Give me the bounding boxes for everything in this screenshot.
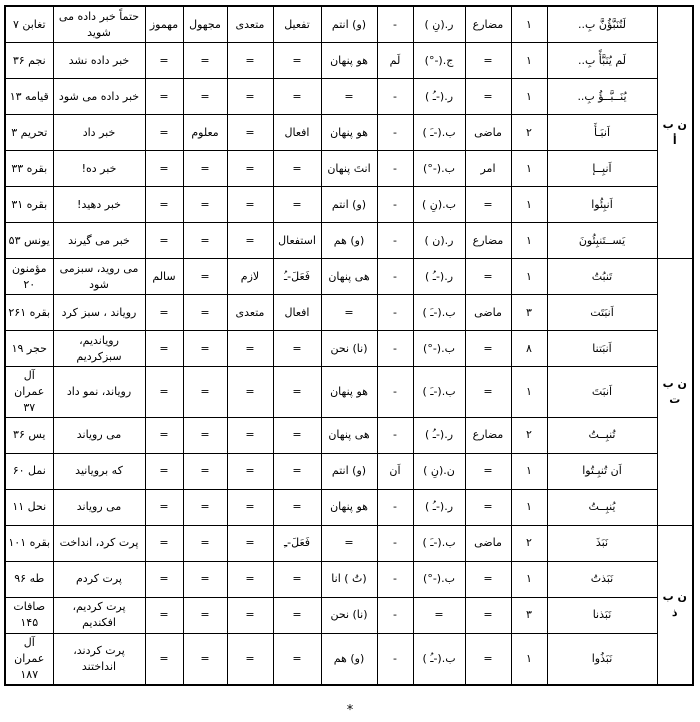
voice-cell: = <box>183 223 227 259</box>
count-cell: ۳ <box>511 295 547 331</box>
particle-cell: - <box>377 633 413 684</box>
count-cell: ۱ <box>511 79 547 115</box>
voice-cell: = <box>183 43 227 79</box>
voice-cell: = <box>183 489 227 525</box>
meaning-cell: پرت کردم <box>53 561 145 597</box>
root-cell: ر.(-ـُ ) <box>413 259 465 295</box>
particle-cell: - <box>377 331 413 367</box>
particle-cell: - <box>377 561 413 597</box>
meaning-cell: می روید، سبزمی شود <box>53 259 145 295</box>
meaning-cell: که برویانید <box>53 453 145 489</box>
meaning-cell: رویاندیم، سبزکردیم <box>53 331 145 367</box>
verb-cell: اَنبَتَت <box>547 295 657 331</box>
phonetic-cell: = <box>145 295 183 331</box>
count-cell: ۱ <box>511 151 547 187</box>
voice-cell: = <box>183 633 227 684</box>
voice-cell: = <box>183 561 227 597</box>
verb-cell: نَبَذتُ <box>547 561 657 597</box>
meaning-cell: پرت کردند، انداختند <box>53 633 145 684</box>
voice-cell: = <box>183 453 227 489</box>
phonetic-cell: = <box>145 453 183 489</box>
phonetic-cell: سالم <box>145 259 183 295</box>
count-cell: ۱ <box>511 6 547 43</box>
meaning-cell: پرت کرد، انداخت <box>53 525 145 561</box>
root-cell: ب.(-ـَ ) <box>413 525 465 561</box>
reference-cell: نمل ۶۰ <box>5 453 53 489</box>
particle-cell: - <box>377 259 413 295</box>
transitivity-cell: = <box>227 561 273 597</box>
table-row: ن ب ذنَبَذَ۲ماضیب.(-ـَ )-=فَعَلَ-ـِ===پر… <box>5 525 693 561</box>
bab-cell: = <box>273 151 321 187</box>
reference-cell: قیامه ۱۳ <box>5 79 53 115</box>
reference-cell: نجم ۳۶ <box>5 43 53 79</box>
tense-cell: = <box>465 187 511 223</box>
voice-cell: = <box>183 597 227 633</box>
tense-cell: = <box>465 79 511 115</box>
particle-cell: - <box>377 417 413 453</box>
transitivity-cell: = <box>227 331 273 367</box>
particle-cell: - <box>377 489 413 525</box>
phonetic-cell: = <box>145 223 183 259</box>
pronoun-cell: (تُ ) انا <box>321 561 377 597</box>
footnote-marker: * <box>0 703 700 718</box>
bab-cell: = <box>273 187 321 223</box>
page: ن ب ألَتُنَبَّؤُنَّ بِ..۱مضارعر.(نِ )-(و… <box>0 0 700 722</box>
count-cell: ۱ <box>511 489 547 525</box>
pronoun-cell: (نا) نحن <box>321 597 377 633</box>
root-cell: ر.(نِ ) <box>413 6 465 43</box>
count-cell: ۱ <box>511 633 547 684</box>
pronoun-cell: (و) هم <box>321 633 377 684</box>
reference-cell: نحل ۱۱ <box>5 489 53 525</box>
meaning-cell: خبر ده! <box>53 151 145 187</box>
meaning-cell: رویاند، نمو داد <box>53 367 145 418</box>
table-row: لَم یُنَبَّأً بِ..۱=ج.(-°)لَمهو پنهان===… <box>5 43 693 79</box>
pronoun-cell: (و) انتم <box>321 453 377 489</box>
pronoun-cell: (نا) نحن <box>321 331 377 367</box>
count-cell: ۱ <box>511 561 547 597</box>
tense-cell: ماضی <box>465 525 511 561</box>
particle-cell: - <box>377 115 413 151</box>
bab-cell: = <box>273 79 321 115</box>
count-cell: ۱ <box>511 453 547 489</box>
phonetic-cell: = <box>145 597 183 633</box>
transitivity-cell: = <box>227 597 273 633</box>
phonetic-cell: = <box>145 79 183 115</box>
meaning-cell: حتماً خبر داده می شوید <box>53 6 145 43</box>
tense-cell: = <box>465 367 511 418</box>
verb-cell: اَن تُنبِـتُوا <box>547 453 657 489</box>
particle-cell: - <box>377 151 413 187</box>
pronoun-cell: هی پنهان <box>321 259 377 295</box>
meaning-cell: می رویاند <box>53 417 145 453</box>
root-cell: ن.(نِ ) <box>413 453 465 489</box>
verb-cell: اَنبَـأَ <box>547 115 657 151</box>
verb-cell: لَم یُنَبَّأً بِ.. <box>547 43 657 79</box>
reference-cell: یونس ۵۳ <box>5 223 53 259</box>
voice-cell: = <box>183 259 227 295</box>
bab-cell: تفعيل <box>273 6 321 43</box>
phonetic-cell: = <box>145 525 183 561</box>
bab-cell: افعال <box>273 295 321 331</box>
root-cell: ر.(-ـُ ) <box>413 417 465 453</box>
verb-cell: لَتُنَبَّؤُنَّ بِ.. <box>547 6 657 43</box>
pronoun-cell: (و) انتم <box>321 187 377 223</box>
pronoun-cell: = <box>321 525 377 561</box>
transitivity-cell: متعدی <box>227 6 273 43</box>
verb-cell: اَنبَتنا <box>547 331 657 367</box>
tense-cell: مضارع <box>465 417 511 453</box>
voice-cell: = <box>183 79 227 115</box>
tense-cell: = <box>465 331 511 367</box>
root-cell: ب.(-ـُ ) <box>413 633 465 684</box>
bab-cell: فَعَلَ-ـِ <box>273 525 321 561</box>
table-row: یُنَــبَّــؤُ بِ..۱=ر.(-ـُ )-=====خبر دا… <box>5 79 693 115</box>
voice-cell: = <box>183 151 227 187</box>
count-cell: ۱ <box>511 259 547 295</box>
count-cell: ۱ <box>511 367 547 418</box>
count-cell: ۲ <box>511 417 547 453</box>
verb-cell: نَبَذنا <box>547 597 657 633</box>
transitivity-cell: = <box>227 115 273 151</box>
pronoun-cell: = <box>321 295 377 331</box>
count-cell: ۱ <box>511 43 547 79</box>
voice-cell: مجهول <box>183 6 227 43</box>
pronoun-cell: (و) هم <box>321 223 377 259</box>
pronoun-cell: هو پنهان <box>321 489 377 525</box>
table-row: اَن تُنبِـتُوا۱=ن.(نِ )اَن(و) انتم====که… <box>5 453 693 489</box>
count-cell: ۱ <box>511 223 547 259</box>
reference-cell: بقره ۲۶۱ <box>5 295 53 331</box>
root-group-label: ن ب ذ <box>657 525 693 684</box>
count-cell: ۱ <box>511 187 547 223</box>
tense-cell: = <box>465 489 511 525</box>
phonetic-cell: = <box>145 187 183 223</box>
reference-cell: حجر ۱۹ <box>5 331 53 367</box>
count-cell: ۸ <box>511 331 547 367</box>
bab-cell: = <box>273 633 321 684</box>
pronoun-cell: هو پنهان <box>321 43 377 79</box>
meaning-cell: پرت کردیم، افکندیم <box>53 597 145 633</box>
verb-cell: نَبَذَ <box>547 525 657 561</box>
reference-cell: طه ۹۶ <box>5 561 53 597</box>
tense-cell: = <box>465 259 511 295</box>
phonetic-cell: = <box>145 115 183 151</box>
phonetic-cell: = <box>145 633 183 684</box>
verb-cell: تَنبُتُ <box>547 259 657 295</box>
voice-cell: = <box>183 525 227 561</box>
root-cell: ر.(ن ) <box>413 223 465 259</box>
root-cell: ب.(-ـَ ) <box>413 295 465 331</box>
reference-cell: مؤمنون ۲۰ <box>5 259 53 295</box>
reference-cell: آل عمران ۱۸۷ <box>5 633 53 684</box>
count-cell: ۲ <box>511 115 547 151</box>
verb-cell: اَنبِــإ <box>547 151 657 187</box>
meaning-cell: می رویاند <box>53 489 145 525</box>
transitivity-cell: متعدی <box>227 295 273 331</box>
voice-cell: = <box>183 367 227 418</box>
transitivity-cell: = <box>227 417 273 453</box>
particle-cell: - <box>377 79 413 115</box>
transitivity-cell: = <box>227 453 273 489</box>
meaning-cell: خبر داد <box>53 115 145 151</box>
tense-cell: ماضی <box>465 295 511 331</box>
particle-cell: - <box>377 187 413 223</box>
reference-cell: آل عمران ۳۷ <box>5 367 53 418</box>
table-row: اَنبَـأَ۲ماضیب.(-ـَ )-هو پنهانافعال=معلو… <box>5 115 693 151</box>
table-row: اَنبَتَت۳ماضیب.(-ـَ )-=افعالمتعدی==رویان… <box>5 295 693 331</box>
root-cell: ب.(-ـَ ) <box>413 115 465 151</box>
table-row: ن ب تتَنبُتُ۱=ر.(-ـُ )-هی پنهانفَعَلَ-ـُ… <box>5 259 693 295</box>
transitivity-cell: = <box>227 79 273 115</box>
bab-cell: = <box>273 43 321 79</box>
root-cell: = <box>413 597 465 633</box>
table-row: ن ب ألَتُنَبَّؤُنَّ بِ..۱مضارعر.(نِ )-(و… <box>5 6 693 43</box>
verb-cell: اَنبَتَ <box>547 367 657 418</box>
bab-cell: = <box>273 331 321 367</box>
transitivity-cell: = <box>227 187 273 223</box>
root-cell: ب.(-°) <box>413 561 465 597</box>
voice-cell: = <box>183 295 227 331</box>
voice-cell: معلوم <box>183 115 227 151</box>
pronoun-cell: هو پنهان <box>321 367 377 418</box>
reference-cell: صافات ۱۴۵ <box>5 597 53 633</box>
phonetic-cell: = <box>145 489 183 525</box>
phonetic-cell: = <box>145 561 183 597</box>
transitivity-cell: = <box>227 525 273 561</box>
bab-cell: استفعال <box>273 223 321 259</box>
phonetic-cell: = <box>145 43 183 79</box>
phonetic-cell: = <box>145 151 183 187</box>
particle-cell: اَن <box>377 453 413 489</box>
table-row: تُنبِــتُ۲مضارعر.(-ـُ )-هی پنهان====می ر… <box>5 417 693 453</box>
reference-cell: یس ۳۶ <box>5 417 53 453</box>
root-cell: ر.(-ـُ ) <box>413 489 465 525</box>
tense-cell: = <box>465 597 511 633</box>
verb-cell: تُنبِــتُ <box>547 417 657 453</box>
reference-cell: تحریم ۳ <box>5 115 53 151</box>
pronoun-cell: هی پنهان <box>321 417 377 453</box>
particle-cell: - <box>377 525 413 561</box>
transitivity-cell: لازم <box>227 259 273 295</box>
particle-cell: - <box>377 295 413 331</box>
bab-cell: فَعَلَ-ـُ <box>273 259 321 295</box>
reference-cell: بقره ۱۰۱ <box>5 525 53 561</box>
particle-cell: - <box>377 597 413 633</box>
transitivity-cell: = <box>227 367 273 418</box>
root-cell: ج.(-°) <box>413 43 465 79</box>
transitivity-cell: = <box>227 489 273 525</box>
verb-cell: اَنبِئُوا <box>547 187 657 223</box>
verb-table-body: ن ب ألَتُنَبَّؤُنَّ بِ..۱مضارعر.(نِ )-(و… <box>5 6 693 685</box>
root-cell: ر.(-ـُ ) <box>413 79 465 115</box>
bab-cell: = <box>273 561 321 597</box>
pronoun-cell: هو پنهان <box>321 115 377 151</box>
tense-cell: = <box>465 633 511 684</box>
table-row: نَبَذُوا۱=ب.(-ـُ )-(و) هم====پرت کردند، … <box>5 633 693 684</box>
table-row: نَبَذنا۳==-(نا) نحن====پرت کردیم، افکندی… <box>5 597 693 633</box>
count-cell: ۳ <box>511 597 547 633</box>
pronoun-cell: (و) انتم <box>321 6 377 43</box>
particle-cell: - <box>377 6 413 43</box>
bab-cell: = <box>273 417 321 453</box>
meaning-cell: رویاند ، سبز کرد <box>53 295 145 331</box>
phonetic-cell: = <box>145 367 183 418</box>
tense-cell: ماضی <box>465 115 511 151</box>
root-cell: ب.(نِ ) <box>413 187 465 223</box>
particle-cell: - <box>377 223 413 259</box>
root-cell: ب.(-°) <box>413 151 465 187</box>
reference-cell: بقره ۳۱ <box>5 187 53 223</box>
tense-cell: = <box>465 453 511 489</box>
meaning-cell: خبر داده نشد <box>53 43 145 79</box>
meaning-cell: خبر دهید! <box>53 187 145 223</box>
tense-cell: = <box>465 43 511 79</box>
pronoun-cell: = <box>321 79 377 115</box>
tense-cell: امر <box>465 151 511 187</box>
meaning-cell: خبر داده می شود <box>53 79 145 115</box>
verb-conjugation-table: ن ب ألَتُنَبَّؤُنَّ بِ..۱مضارعر.(نِ )-(و… <box>4 5 694 686</box>
verb-cell: یَســتَنبِئُونَ <box>547 223 657 259</box>
table-row: نَبَذتُ۱=ب.(-°)-(تُ ) انا====پرت کردمطه … <box>5 561 693 597</box>
meaning-cell: خبر می گیرند <box>53 223 145 259</box>
phonetic-cell: = <box>145 331 183 367</box>
verb-cell: یُنبِــتُ <box>547 489 657 525</box>
root-cell: ب.(-°) <box>413 331 465 367</box>
root-group-label: ن ب أ <box>657 6 693 259</box>
transitivity-cell: = <box>227 43 273 79</box>
pronoun-cell: انتَ پنهان <box>321 151 377 187</box>
tense-cell: مضارع <box>465 6 511 43</box>
verb-cell: نَبَذُوا <box>547 633 657 684</box>
phonetic-cell: = <box>145 417 183 453</box>
bab-cell: = <box>273 489 321 525</box>
phonetic-cell: مهموز <box>145 6 183 43</box>
count-cell: ۲ <box>511 525 547 561</box>
tense-cell: مضارع <box>465 223 511 259</box>
transitivity-cell: = <box>227 633 273 684</box>
transitivity-cell: = <box>227 223 273 259</box>
bab-cell: = <box>273 597 321 633</box>
voice-cell: = <box>183 417 227 453</box>
table-row: اَنبَتنا۸=ب.(-°)-(نا) نحن====رویاندیم، س… <box>5 331 693 367</box>
bab-cell: افعال <box>273 115 321 151</box>
root-cell: ب.(-ـَ ) <box>413 367 465 418</box>
reference-cell: بقره ۳۳ <box>5 151 53 187</box>
verb-cell: یُنَــبَّــؤُ بِ.. <box>547 79 657 115</box>
voice-cell: = <box>183 331 227 367</box>
bab-cell: = <box>273 453 321 489</box>
reference-cell: تغابن ۷ <box>5 6 53 43</box>
table-row: یُنبِــتُ۱=ر.(-ـُ )-هو پنهان====می رویان… <box>5 489 693 525</box>
bab-cell: = <box>273 367 321 418</box>
particle-cell: لَم <box>377 43 413 79</box>
table-row: اَنبِــإ۱امرب.(-°)-انتَ پنهان====خبر ده!… <box>5 151 693 187</box>
table-row: اَنبِئُوا۱=ب.(نِ )-(و) انتم====خبر دهید!… <box>5 187 693 223</box>
voice-cell: = <box>183 187 227 223</box>
root-group-label: ن ب ت <box>657 259 693 526</box>
table-row: اَنبَتَ۱=ب.(-ـَ )-هو پنهان====رویاند، نم… <box>5 367 693 418</box>
table-row: یَســتَنبِئُونَ۱مضارعر.(ن )-(و) هماستفعا… <box>5 223 693 259</box>
transitivity-cell: = <box>227 151 273 187</box>
tense-cell: = <box>465 561 511 597</box>
particle-cell: - <box>377 367 413 418</box>
